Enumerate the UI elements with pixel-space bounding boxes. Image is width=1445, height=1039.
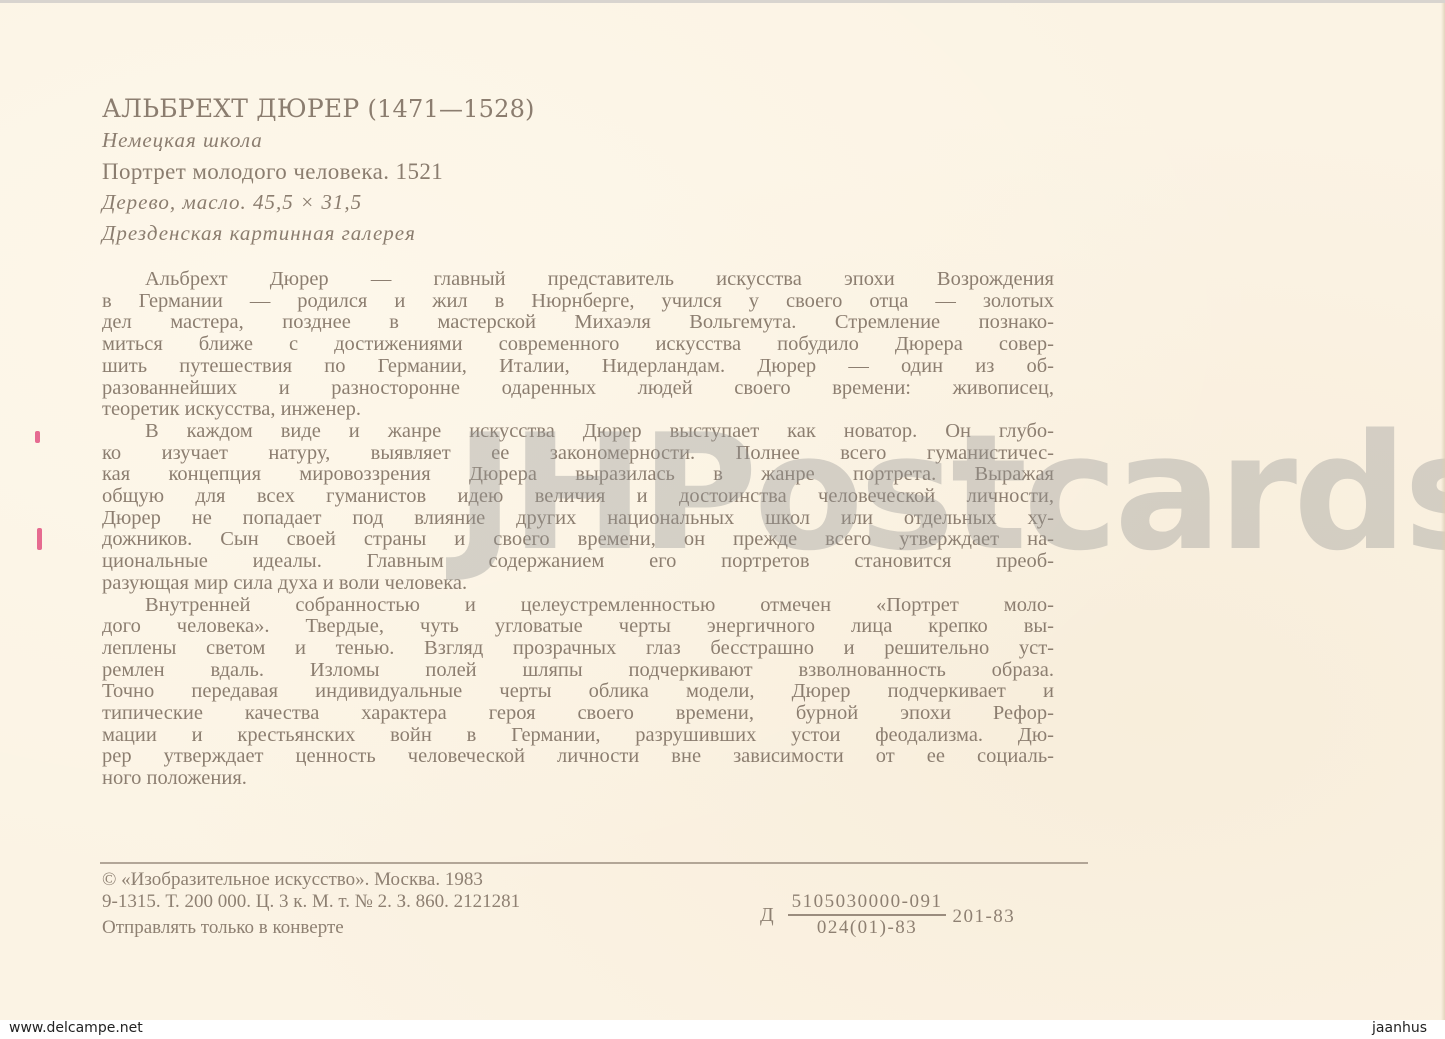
description-paragraph: В каждом виде и жанре искусства Дюрер вы… <box>102 421 1054 595</box>
text-line: Внутренней собранностью и целеустремленн… <box>102 595 1054 617</box>
text-line: мации и крестьянских войн в Германии, ра… <box>102 725 1054 747</box>
catalog-numerator: 5105030000-091 <box>788 891 947 916</box>
listing-footer: www.delcampe.net jaanhus <box>0 1020 1445 1039</box>
text-line: теоретик искусства, инженер. <box>102 399 1054 421</box>
seller-name: jaanhus <box>1372 1020 1427 1036</box>
text-line: ремлен вдаль. Изломы полей шляпы подчерк… <box>102 660 1054 682</box>
description-text: Альбрехт Дюрер — главный представитель и… <box>102 269 1054 790</box>
text-line: типические качества характера героя свое… <box>102 703 1054 725</box>
postcard-back: АЛЬБРЕХТ ДЮРЕР (1471—1528) Немецкая школ… <box>0 0 1445 1020</box>
text-line: дого человека». Твердые, чуть угловатые … <box>102 616 1054 638</box>
catalog-fraction: 5105030000-091 024(01)-83 <box>788 891 947 939</box>
text-line: разованнейших и разносторонне одаренных … <box>102 378 1054 400</box>
text-line: рер утверждает ценность человеческой лич… <box>102 746 1054 768</box>
text-line: миться ближе с достижениями современного… <box>102 334 1054 356</box>
description-paragraph: Внутренней собранностью и целеустремленн… <box>102 595 1054 790</box>
publisher-imprint: © «Изобразительное искусство». Москва. 1… <box>102 869 520 939</box>
publisher-line: © «Изобразительное искусство». Москва. 1… <box>102 869 520 891</box>
text-line: ного положения. <box>102 768 1054 790</box>
text-line: шить путешествия по Германии, Италии, Ни… <box>102 356 1054 378</box>
text-line: ко изучает натуру, выявляет ее закономер… <box>102 443 1054 465</box>
text-line: кая концепция мировоззрения Дюрера выраз… <box>102 464 1054 486</box>
art-school: Немецкая школа <box>102 125 535 156</box>
artwork-medium: Дерево, масло. 45,5 × 31,5 <box>102 187 535 218</box>
site-link[interactable]: www.delcampe.net <box>9 1020 143 1036</box>
stamp-mark <box>37 528 42 550</box>
catalog-code: Д 5105030000-091 024(01)-83 201-83 <box>760 891 1015 939</box>
mailing-note: Отправлять только в конверте <box>102 917 520 939</box>
artwork-title: Портрет молодого человека. 1521 <box>102 156 535 187</box>
text-line: циональные идеалы. Главным содержанием е… <box>102 551 1054 573</box>
artist-title: АЛЬБРЕХТ ДЮРЕР (1471—1528) <box>102 93 535 125</box>
text-line: Точно передавая индивидуальные черты обл… <box>102 681 1054 703</box>
text-line: общую для всех гуманистов идею величия и… <box>102 486 1054 508</box>
text-line: леплены светом и тенью. Взгляд прозрачны… <box>102 638 1054 660</box>
artist-dates: (1471—1528) <box>368 95 535 123</box>
text-line: дел мастера, позднее в мастерской Михаэл… <box>102 312 1054 334</box>
text-line: в Германии — родился и жил в Нюрнберге, … <box>102 291 1054 313</box>
catalog-prefix: Д <box>760 904 774 927</box>
stamp-mark <box>35 431 40 443</box>
print-info-line: 9-1315. Т. 200 000. Ц. 3 к. М. т. № 2. З… <box>102 891 520 913</box>
text-line: разующая мир сила духа и воли человека. <box>102 573 1054 595</box>
text-line: Дюрер не попадает под влияние других нац… <box>102 508 1054 530</box>
artist-name: АЛЬБРЕХТ ДЮРЕР <box>102 94 359 123</box>
artwork-collection: Дрезденская картинная галерея <box>102 218 535 249</box>
catalog-denominator: 024(01)-83 <box>817 916 917 939</box>
text-line: Альбрехт Дюрер — главный представитель и… <box>102 269 1054 291</box>
description-paragraph: Альбрехт Дюрер — главный представитель и… <box>102 269 1054 421</box>
divider-rule <box>100 862 1088 864</box>
postcard-header: АЛЬБРЕХТ ДЮРЕР (1471—1528) Немецкая школ… <box>102 93 535 249</box>
text-line: дожников. Сын своей страны и своего врем… <box>102 529 1054 551</box>
text-line: В каждом виде и жанре искусства Дюрер вы… <box>102 421 1054 443</box>
catalog-suffix: 201-83 <box>952 906 1015 928</box>
